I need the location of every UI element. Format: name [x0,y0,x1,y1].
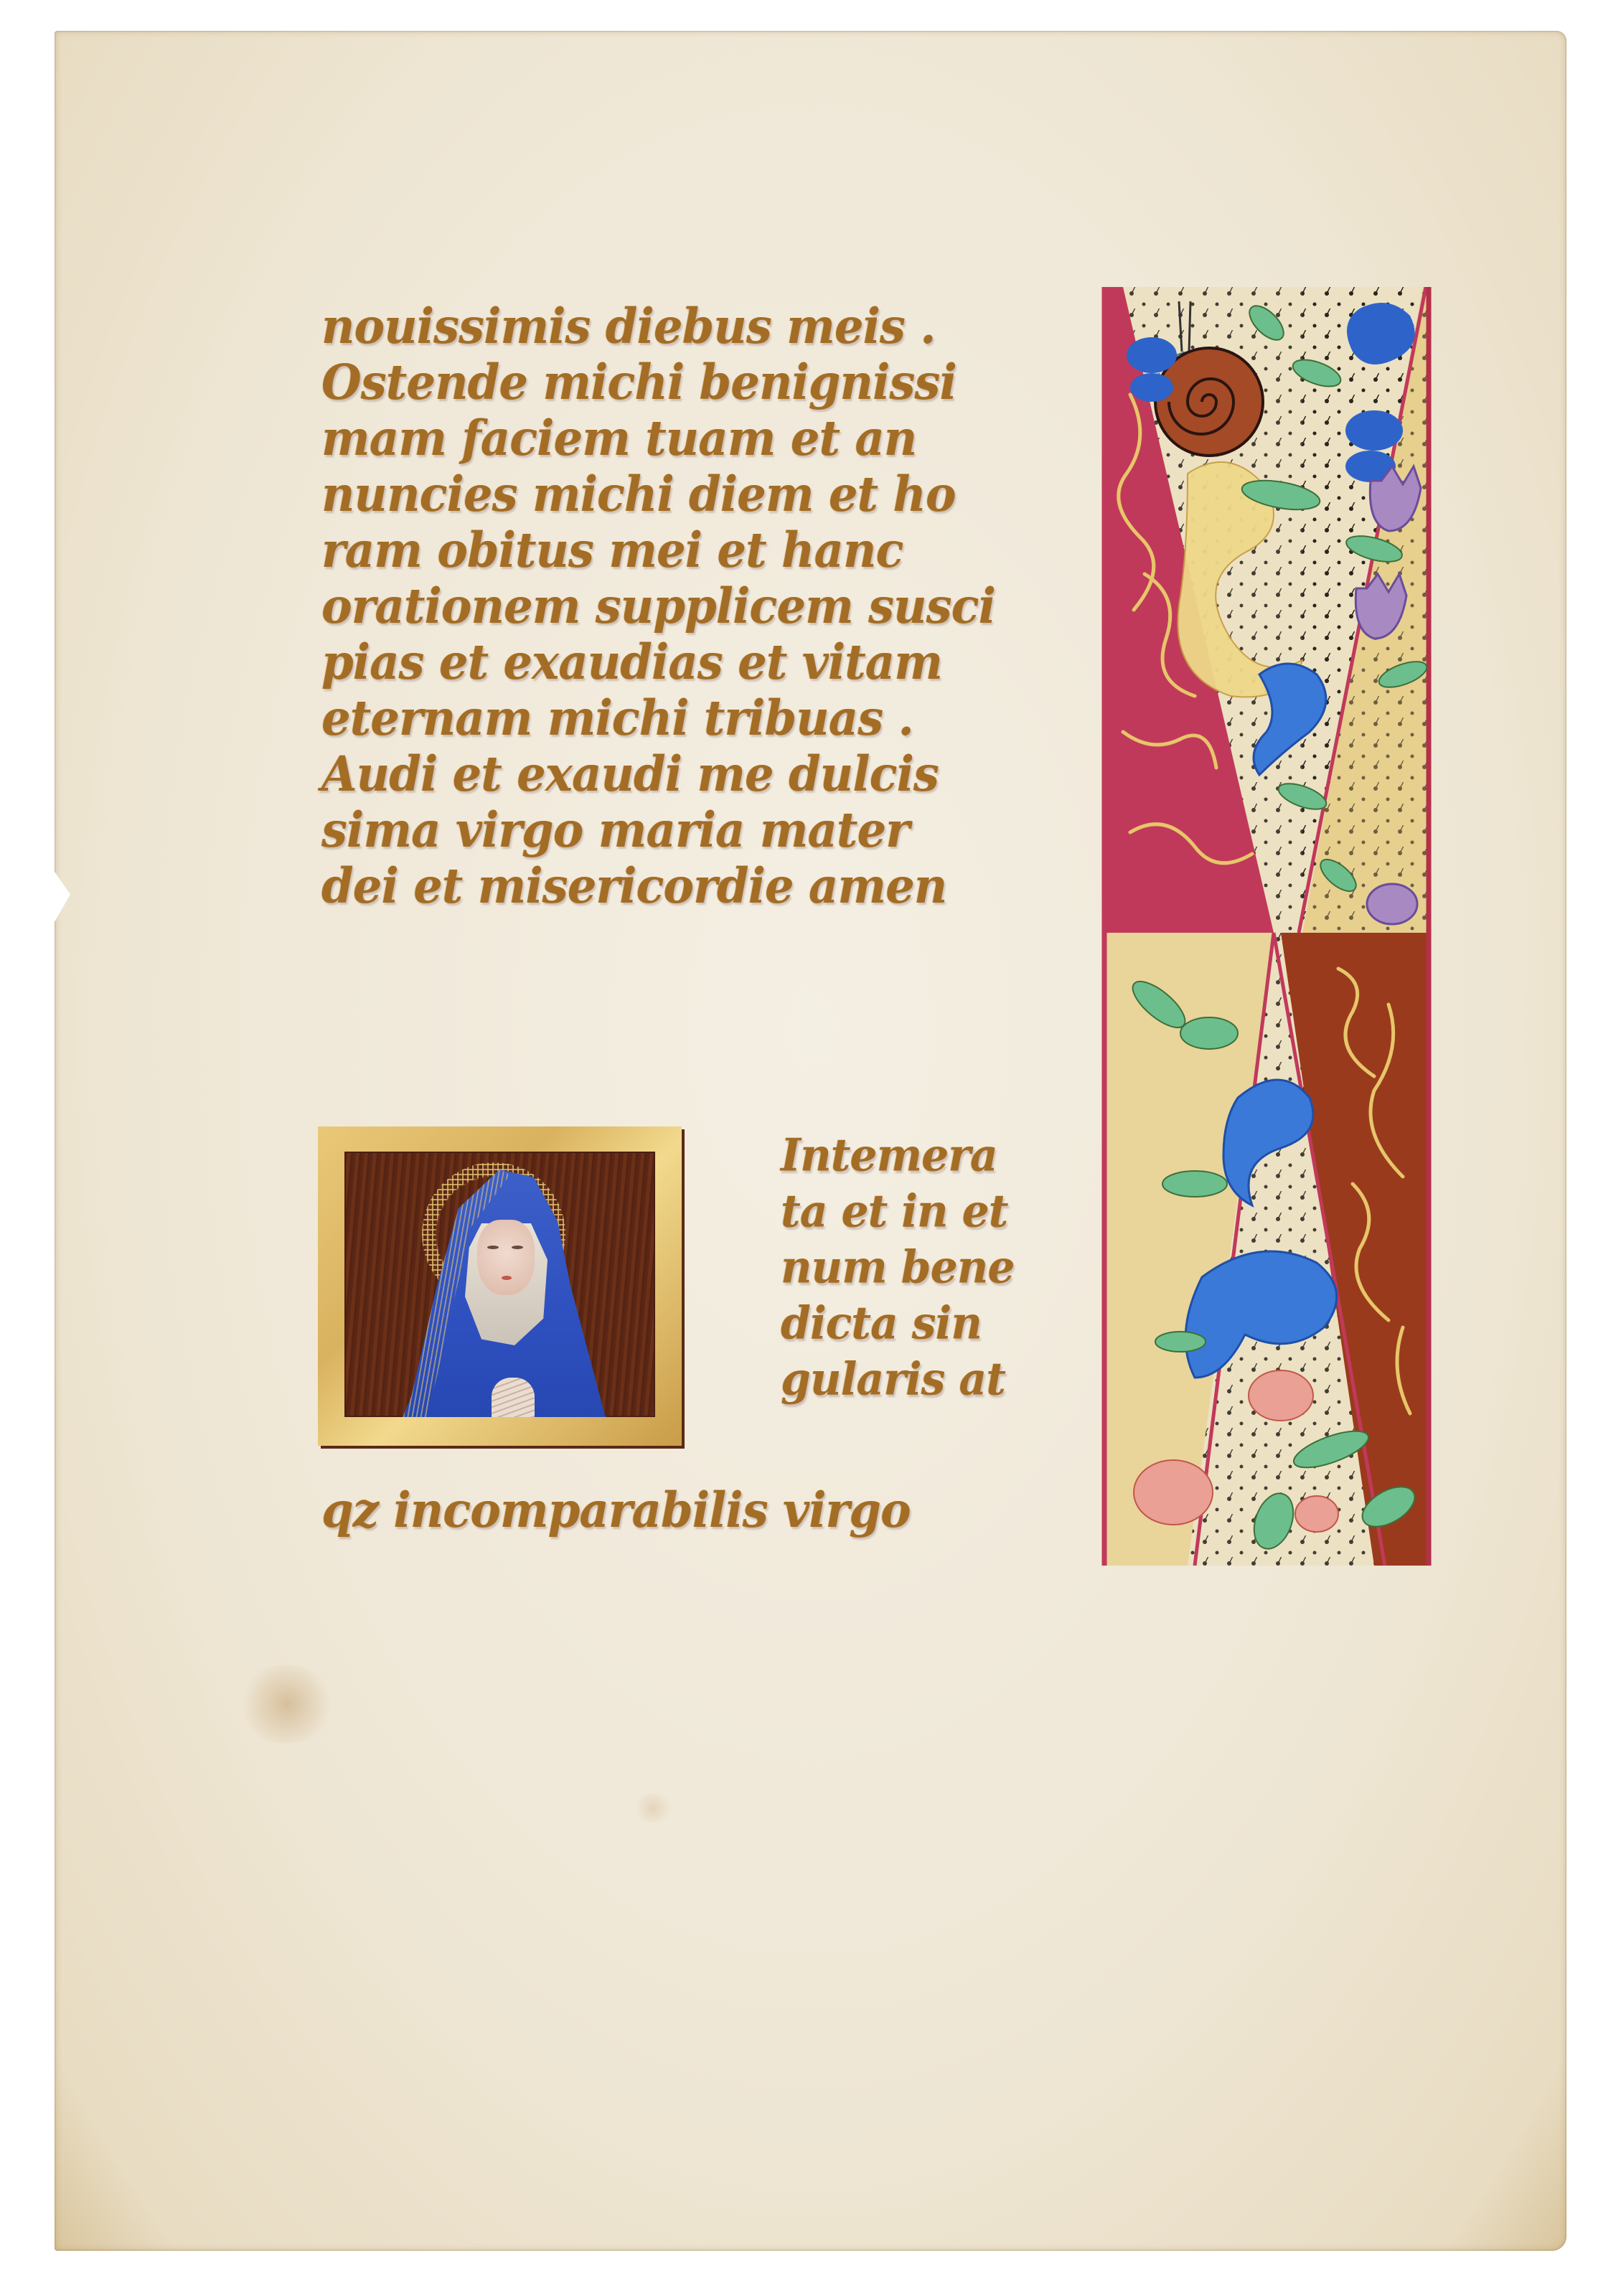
border-illumination [1101,287,1432,1566]
text-line: ta et in et [781,1185,1007,1246]
text-line: nouissimis diebus meis . [321,298,936,359]
text-line: Audi et exaudi me dulcis [321,746,939,806]
text-line: gularis at [781,1353,1005,1413]
text-line: sima virgo maria mater [321,802,909,862]
text-line: nuncies michi diem et ho [321,466,956,527]
text-line: num bene [781,1241,1015,1302]
text-line: mam faciem tuam et an [321,410,916,471]
foxing-stain [237,1665,337,1744]
praying-hands [492,1378,535,1417]
text-line: orationem supplicem susci [321,578,995,639]
miniature-frame [318,1126,682,1446]
miniature-painting [344,1152,655,1417]
text-line: ram obitus mei et hanc [321,522,903,583]
text-line: eternam michi tribuas . [321,690,913,751]
text-line: dicta sin [781,1297,982,1358]
virgin-face [477,1220,535,1295]
decorated-border [1101,287,1432,1566]
text-line: qz incomparabilis virgo [321,1482,911,1543]
text-line: Intemera [781,1129,997,1190]
text-line: Ostende michi benignissi [321,354,957,415]
text-line: dei et misericordie amen [321,858,946,918]
text-line: pias et exaudias et vitam [321,634,942,695]
foxing-stain [631,1794,675,1822]
